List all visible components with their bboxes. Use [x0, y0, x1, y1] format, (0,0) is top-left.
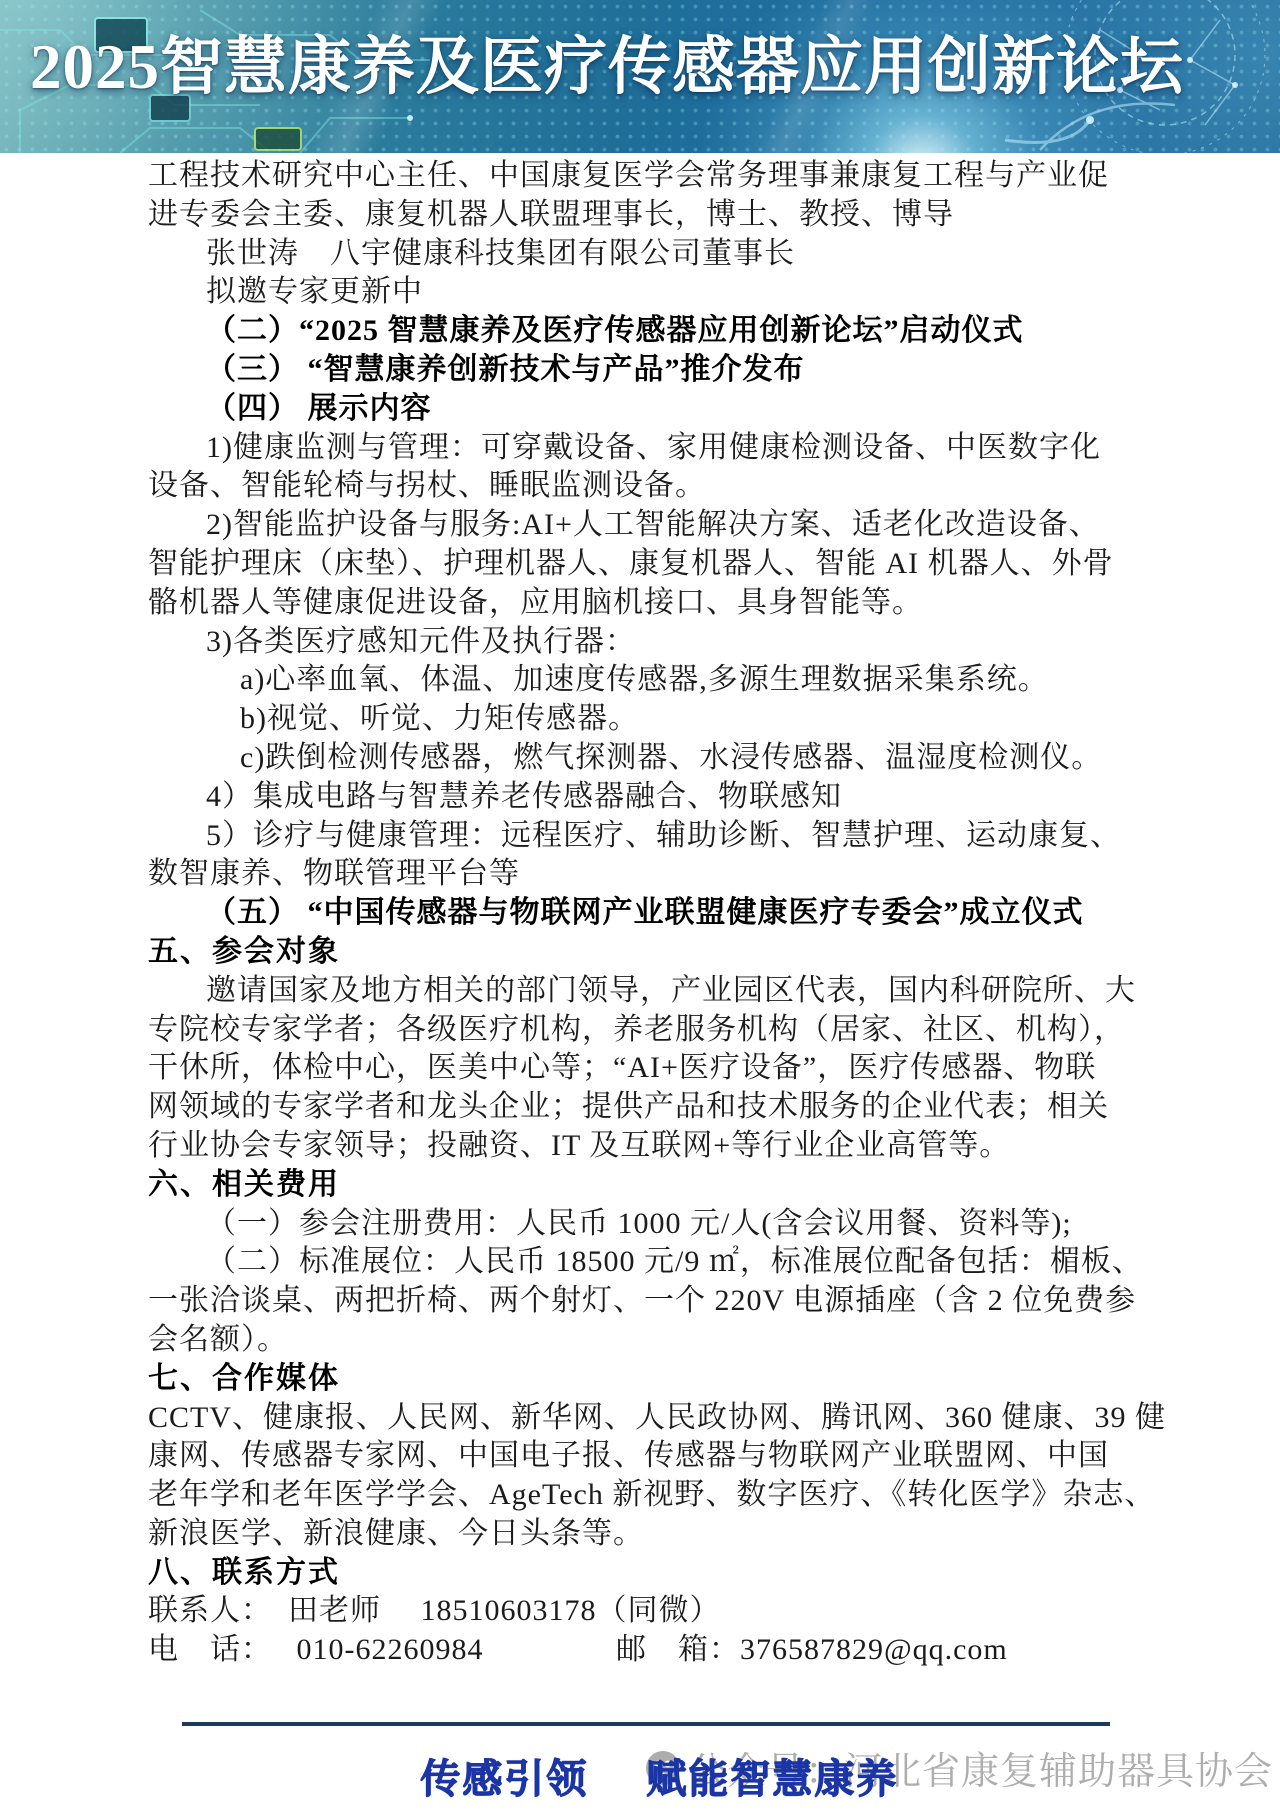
doc-line: b)视觉、听觉、力矩传感器。 — [148, 700, 1140, 739]
doc-line: （二）“2025 智慧康养及医疗传感器应用创新论坛”启动仪式 — [148, 312, 1140, 351]
doc-line: 网领域的专家学者和龙头企业；提供产品和技术服务的企业代表；相关 — [148, 1088, 1140, 1127]
doc-line: 会名额）。 — [148, 1321, 1140, 1360]
doc-line: 1)健康监测与管理：可穿戴设备、家用健康检测设备、中医数字化 — [148, 429, 1140, 468]
doc-line: （五） “中国传感器与物联网产业联盟健康医疗专委会”成立仪式 — [148, 894, 1140, 933]
doc-line: 智能护理床（床垫）、护理机器人、康复机器人、智能 AI 机器人、外骨 — [148, 545, 1140, 584]
doc-line: 张世涛 八宇健康科技集团有限公司董事长 — [148, 235, 1140, 274]
doc-line: c)跌倒检测传感器，燃气探测器、水浸传感器、温湿度检测仪。 — [148, 739, 1140, 778]
doc-line: 干休所，体检中心，医美中心等；“AI+医疗设备”，医疗传感器、物联 — [148, 1049, 1140, 1088]
slogan-right: 赋能智慧康养 — [646, 1747, 898, 1804]
doc-line: 骼机器人等健康促进设备，应用脑机接口、具身智能等。 — [148, 584, 1140, 623]
doc-line: 新浪医学、新浪健康、今日头条等。 — [148, 1515, 1140, 1554]
doc-line: 5）诊疗与健康管理：远程医疗、辅助诊断、智慧护理、运动康复、 — [148, 817, 1140, 856]
doc-line: 3)各类医疗感知元件及执行器： — [148, 623, 1140, 662]
header-banner: 2025智慧康养及医疗传感器应用创新论坛 — [0, 0, 1280, 153]
doc-line: 老年学和老年医学学会、AgeTech 新视野、数字医疗、《转化医学》杂志、 — [148, 1476, 1140, 1515]
doc-line: 邀请国家及地方相关的部门领导，产业园区代表，国内科研院所、大 — [148, 972, 1140, 1011]
doc-line: 2)智能监护设备与服务:AI+人工智能解决方案、适老化改造设备、 — [148, 506, 1140, 545]
footer-slogan: 传感引领 赋能智慧康养 — [420, 1747, 898, 1804]
doc-line: 4）集成电路与智慧养老传感器融合、物联感知 — [148, 778, 1140, 817]
slogan-left: 传感引领 — [420, 1747, 588, 1804]
doc-line: 设备、智能轮椅与拐杖、睡眠监测设备。 — [148, 467, 1140, 506]
doc-line: 拟邀专家更新中 — [148, 273, 1140, 312]
doc-line: 进专委会主委、康复机器人联盟理事长，博士、教授、博导 — [148, 196, 1140, 235]
doc-line: 六、相关费用 — [148, 1166, 1140, 1205]
doc-line: 七、合作媒体 — [148, 1360, 1140, 1399]
doc-line: 数智康养、物联管理平台等 — [148, 855, 1140, 894]
doc-line: 康网、传感器专家网、中国电子报、传感器与物联网产业联盟网、中国 — [148, 1437, 1140, 1476]
doc-line: 一张洽谈桌、两把折椅、两个射灯、一个 220V 电源插座（含 2 位免费参 — [148, 1282, 1140, 1321]
doc-line: 电 话： 010-62260984 邮 箱：376587829@qq.com — [148, 1631, 1140, 1670]
document-body: 工程技术研究中心主任、中国康复医学会常务理事兼康复工程与产业促进专委会主委、康复… — [148, 157, 1140, 1670]
doc-line: （一）参会注册费用：人民币 1000 元/人(含会议用餐、资料等); — [148, 1205, 1140, 1244]
doc-line: 五、参会对象 — [148, 933, 1140, 972]
doc-line: （二）标准展位：人民币 18500 元/9 ㎡，标准展位配备包括：楣板、 — [148, 1243, 1140, 1282]
page-title: 2025智慧康养及医疗传感器应用创新论坛 — [0, 0, 1280, 107]
doc-line: 行业协会专家领导；投融资、IT 及互联网+等行业企业高管等。 — [148, 1127, 1140, 1166]
doc-line: （四） 展示内容 — [148, 390, 1140, 429]
doc-line: a)心率血氧、体温、加速度传感器,多源生理数据采集系统。 — [148, 661, 1140, 700]
doc-line: 专院校专家学者；各级医疗机构，养老服务机构（居家、社区、机构）， — [148, 1011, 1140, 1050]
doc-line: 八、联系方式 — [148, 1554, 1140, 1593]
doc-line: CCTV、健康报、人民网、新华网、人民政协网、腾讯网、360 健康、39 健 — [148, 1399, 1140, 1438]
footer-divider — [182, 1722, 1110, 1726]
doc-line: （三） “智慧康养创新技术与产品”推介发布 — [148, 351, 1140, 390]
doc-line: 工程技术研究中心主任、中国康复医学会常务理事兼康复工程与产业促 — [148, 157, 1140, 196]
doc-line: 联系人： 田老师 18510603178（同微） — [148, 1592, 1140, 1631]
